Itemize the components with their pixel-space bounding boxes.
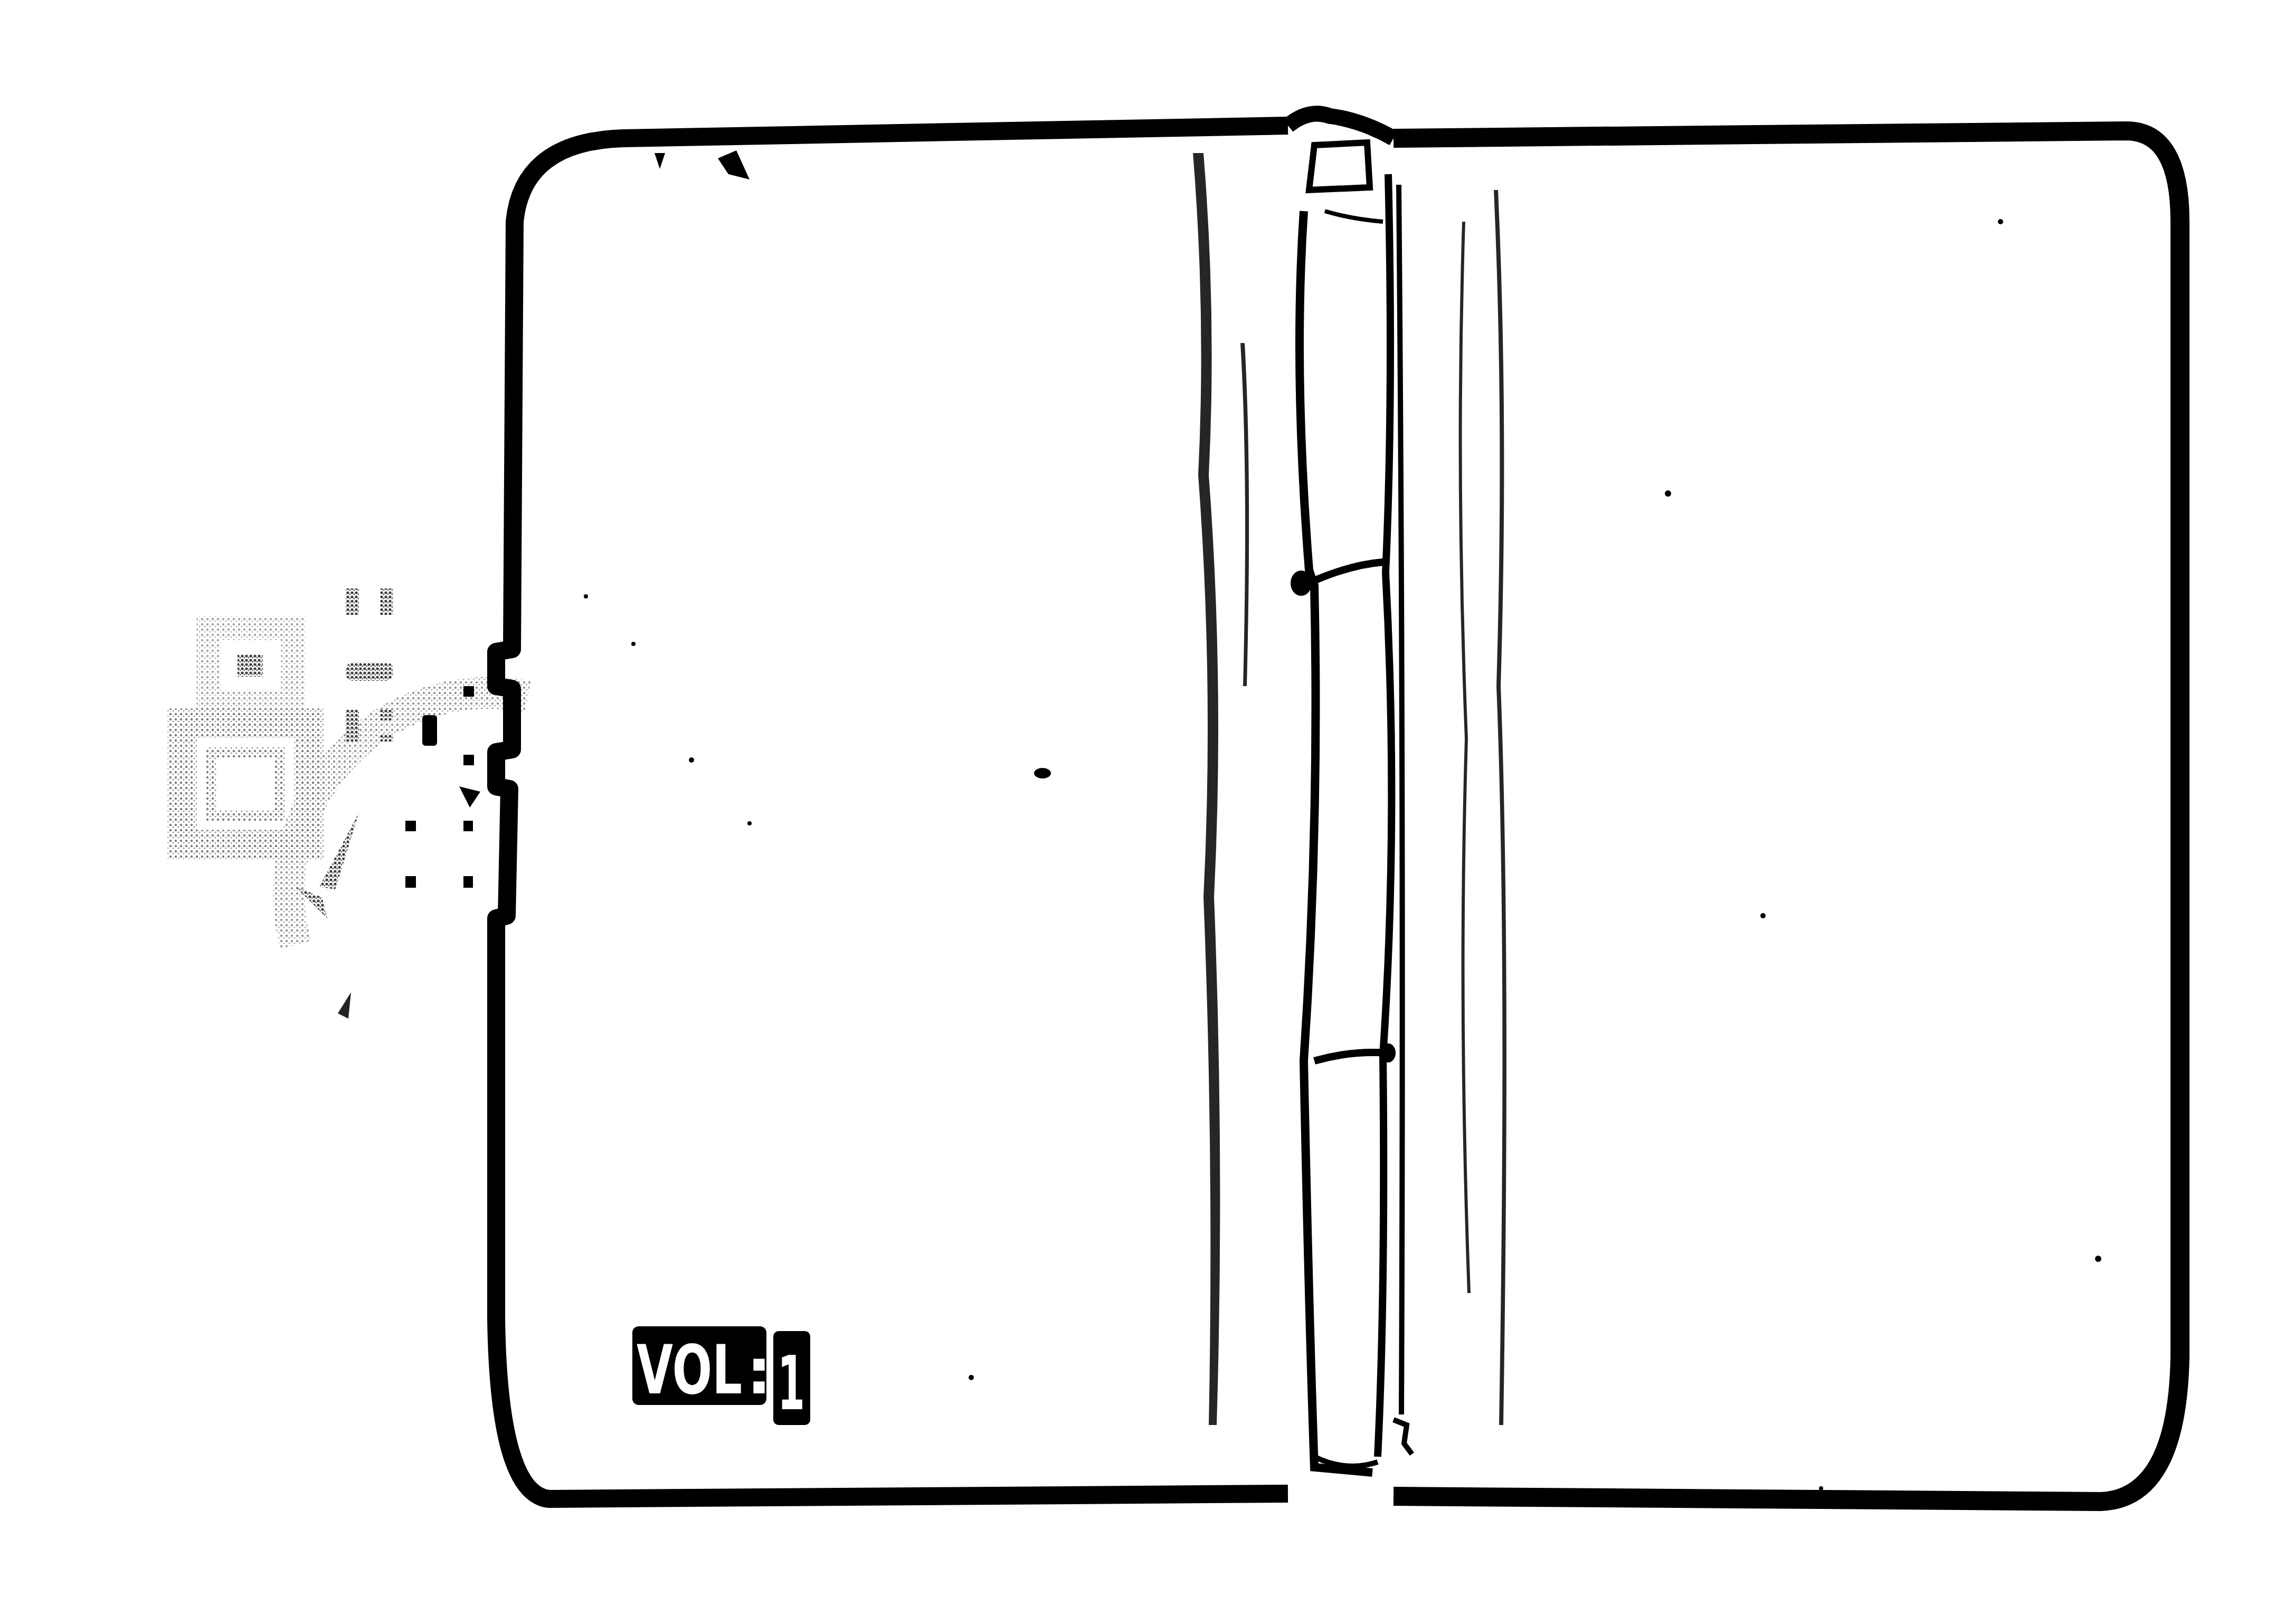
book-spine [1193, 143, 1506, 1473]
right-cover-outline [1394, 131, 2180, 1502]
left-cover-outline [496, 126, 1288, 1499]
book-cover [496, 113, 2180, 1502]
notebook-illustration: VOL : 1 [0, 0, 2275, 1624]
volume-number: 1 [778, 1341, 805, 1427]
volume-prefix: VOL [637, 1331, 742, 1410]
paper-speckles [584, 150, 2101, 1496]
volume-separator: : [746, 1335, 772, 1409]
volume-label: VOL : 1 [632, 1326, 810, 1427]
stamp-graphic [182, 588, 528, 1019]
